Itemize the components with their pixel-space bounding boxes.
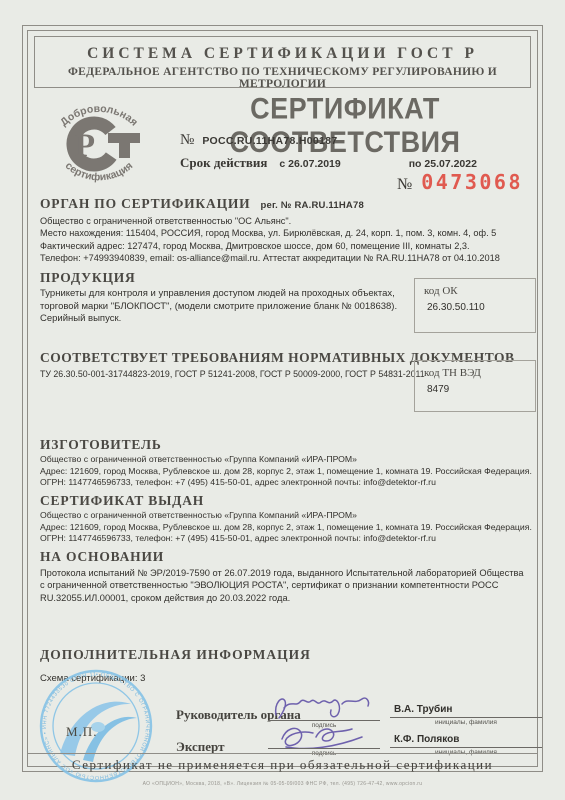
certificate-number-row: № РОСС.RU.11НА78.Н00187 (180, 132, 337, 149)
code-ok-label: код ОК (415, 279, 535, 297)
issued-line: Адрес: 121609, город Москва, Рублевское … (40, 522, 542, 534)
issued-details: Общество с ограниченной ответственностью… (40, 510, 542, 545)
blank-number-row: № 0473068 (397, 170, 523, 194)
expert-name: К.Ф. Поляков (390, 734, 542, 745)
product-description: Турникеты для контроля и управления дост… (40, 288, 414, 326)
org-line: Телефон: +74993940839, email: os-allianc… (40, 252, 540, 264)
manufacturer-line: Общество с ограниченной ответственностью… (40, 454, 542, 466)
compliance-standards: ТУ 26.30.50-001-31744823-2019, ГОСТ Р 51… (40, 369, 425, 381)
svg-text:Р: Р (75, 128, 95, 164)
org-details: Общество с ограниченной ответственностью… (40, 215, 540, 264)
manufacturer-details: Общество с ограниченной ответственностью… (40, 454, 542, 489)
org-line: Фактический адрес: 127474, город Москва,… (40, 240, 540, 252)
org-reg-number: рег. № RA.RU.11НА78 (260, 200, 363, 211)
system-title: СИСТЕМА СЕРТИФИКАЦИИ ГОСТ Р (35, 45, 530, 63)
code-tnved-label: код ТН ВЭД (415, 361, 535, 379)
head-name-line (390, 717, 542, 718)
head-signature-caption: подпись (268, 722, 380, 729)
basis-text: Протокола испытаний № ЭР/2019-7590 от 26… (40, 567, 526, 604)
stamp-mp-label: М.П. (66, 724, 97, 739)
manufacturer-title: ИЗГОТОВИТЕЛЬ (40, 437, 162, 453)
head-name-caption: инициалы, фамилия (390, 719, 542, 726)
certificate-number: РОСС.RU.11НА78.Н00187 (202, 135, 337, 147)
expert-name-line (390, 747, 542, 748)
outer-frame: СИСТЕМА СЕРТИФИКАЦИИ ГОСТ Р ФЕДЕРАЛЬНОЕ … (22, 25, 543, 772)
header-box: СИСТЕМА СЕРТИФИКАЦИИ ГОСТ Р ФЕДЕРАЛЬНОЕ … (34, 36, 531, 88)
org-line: Место нахождения: 115404, РОССИЯ, город … (40, 227, 540, 239)
valid-to: по 25.07.2022 (409, 158, 477, 170)
manufacturer-line: ОГРН: 1147746596733, телефон: +7 (495) 4… (40, 477, 542, 489)
code-tnved-box: код ТН ВЭД 8479 (414, 360, 536, 412)
code-ok-box: код ОК 26.30.50.110 (414, 278, 536, 333)
org-section-header: ОРГАН ПО СЕРТИФИКАЦИИ рег. № RA.RU.11НА7… (40, 196, 364, 212)
blank-number: 0473068 (421, 170, 523, 194)
valid-from: с 26.07.2019 (279, 158, 340, 170)
head-name: В.А. Трубин (390, 704, 542, 715)
basis-title: НА ОСНОВАНИИ (40, 549, 164, 565)
issued-line: Общество с ограниченной ответственностью… (40, 510, 542, 522)
validity-row: Срок действия с 26.07.2019 по 25.07.2022 (180, 155, 477, 171)
agency-title: ФЕДЕРАЛЬНОЕ АГЕНТСТВО ПО ТЕХНИЧЕСКОМУ РЕ… (35, 66, 530, 90)
statement-divider (28, 753, 537, 754)
issued-line: ОГРН: 1147746596733, телефон: +7 (495) 4… (40, 533, 542, 545)
expert-signature-line (268, 748, 380, 749)
code-tnved-value: 8479 (415, 379, 535, 395)
inner-frame: СИСТЕМА СЕРТИФИКАЦИИ ГОСТ Р ФЕДЕРАЛЬНОЕ … (27, 30, 538, 767)
org-title: ОРГАН ПО СЕРТИФИКАЦИИ (40, 196, 250, 212)
issued-title: СЕРТИФИКАТ ВЫДАН (40, 493, 204, 509)
head-signature-field: подпись (268, 720, 380, 729)
number-sign: № (180, 132, 194, 149)
statement-text: Сертификат не применяется при обязательн… (28, 757, 537, 773)
org-line: Общество с ограниченной ответственностью… (40, 215, 540, 227)
head-signature-line (268, 720, 380, 721)
head-signature-icon (270, 693, 376, 723)
certificate-page: СИСТЕМА СЕРТИФИКАЦИИ ГОСТ Р ФЕДЕРАЛЬНОЕ … (0, 0, 565, 800)
product-title: ПРОДУКЦИЯ (40, 270, 136, 286)
manufacturer-line: Адрес: 121609, город Москва, Рублевское … (40, 466, 542, 478)
validity-label: Срок действия (180, 155, 267, 171)
printer-imprint: АО «ОПЦИОН», Москва, 2018, «В». Лицензия… (0, 781, 565, 787)
blank-number-sign: № (397, 176, 412, 194)
document-title: СЕРТИФИКАТ СООТВЕТСТВИЯ (154, 93, 536, 160)
code-ok-value: 26.30.50.110 (415, 297, 535, 313)
rst-voluntary-certification-logo-icon: Добровольная сертификация Р (42, 89, 156, 197)
head-name-field: В.А. Трубин инициалы, фамилия (390, 704, 542, 726)
